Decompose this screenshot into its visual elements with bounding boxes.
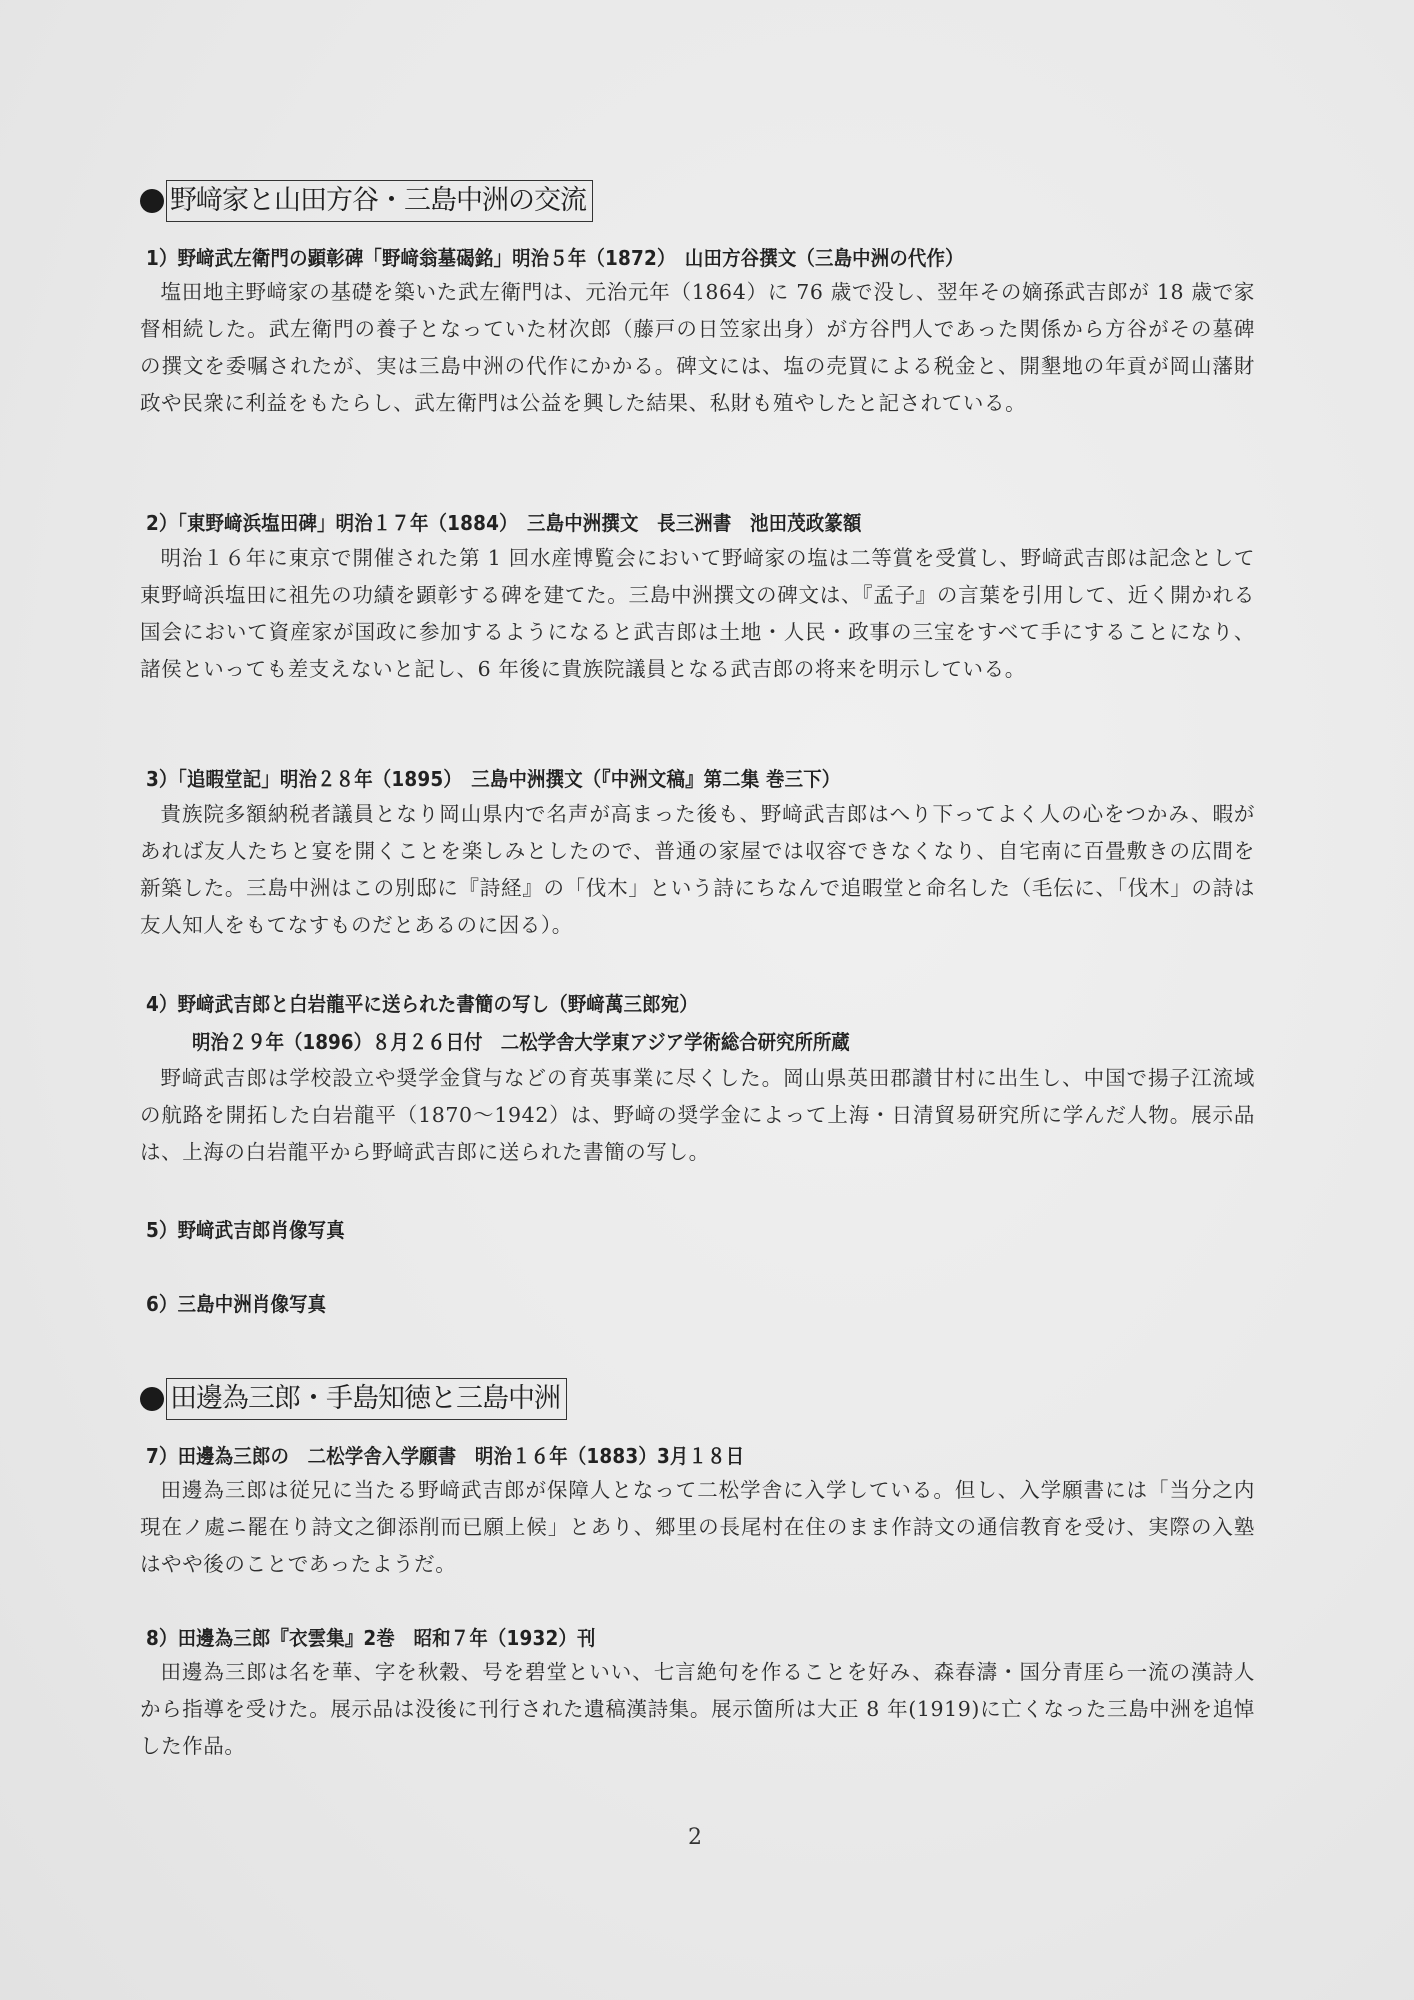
- item-3-title: 3）「追暇堂記」明治２８年（1895） 三島中洲撰文（『中洲文稿』第二集 巻三下…: [146, 763, 840, 792]
- item-2-body: 明治１６年に東京で開催された第 1 回水産博覧会において野﨑家の塩は二等賞を受賞…: [140, 540, 1255, 688]
- item-4-title: 4）野﨑武吉郎と白岩龍平に送られた書簡の写し（野﨑萬三郎宛）: [146, 988, 698, 1017]
- page-number: 2: [688, 1825, 702, 1850]
- item-6-title: 6）三島中洲肖像写真: [146, 1288, 326, 1317]
- item-1-body: 塩田地主野﨑家の基礎を築いた武左衛門は、元治元年（1864）に 76 歳で没し、…: [140, 274, 1255, 422]
- item-3-body: 貴族院多額納税者議員となり岡山県内で名声が高まった後も、野﨑武吉郎はへり下ってよ…: [140, 796, 1255, 944]
- document-page: 野﨑家と山田方谷・三島中洲の交流 1）野﨑武左衛門の顕彰碑「野﨑翁墓碣銘」明治５…: [0, 0, 1414, 2000]
- item-1-title: 1）野﨑武左衛門の顕彰碑「野﨑翁墓碣銘」明治５年（1872） 山田方谷撰文（三島…: [146, 242, 964, 271]
- item-7-body: 田邊為三郎は従兄に当たる野﨑武吉郎が保障人となって二松学舎に入学している。但し、…: [140, 1472, 1255, 1583]
- item-8-title: 8）田邊為三郎『衣雲集』2巻 昭和７年（1932）刊: [146, 1622, 596, 1651]
- item-2-title: 2）「東野﨑浜塩田碑」明治１７年（1884） 三島中洲撰文 長三洲書 池田茂政篆…: [146, 507, 862, 536]
- item-7-title: 7）田邊為三郎の 二松学舎入学願書 明治１６年（1883）3月１８日: [146, 1440, 744, 1469]
- item-4-body: 野﨑武吉郎は学校設立や奨学金貸与などの育英事業に尽くした。岡山県英田郡讃甘村に出…: [140, 1060, 1255, 1171]
- section-heading-text: 田邊為三郎・手島知徳と三島中洲: [166, 1378, 567, 1420]
- bullet-icon: [140, 189, 164, 213]
- bullet-icon: [140, 1387, 164, 1411]
- item-8-body: 田邊為三郎は名を華、字を秋穀、号を碧堂といい、七言絶句を作ることを好み、森春濤・…: [140, 1654, 1255, 1765]
- item-4-subtitle: 明治２９年（1896）８月２６日付 二松学舎大学東アジア学術総合研究所所蔵: [192, 1026, 850, 1055]
- section-heading-text: 野﨑家と山田方谷・三島中洲の交流: [166, 180, 593, 222]
- item-5-title: 5）野﨑武吉郎肖像写真: [146, 1214, 345, 1243]
- section-heading-tanabe: 田邊為三郎・手島知徳と三島中洲: [140, 1378, 567, 1420]
- section-heading-nozaki: 野﨑家と山田方谷・三島中洲の交流: [140, 180, 593, 222]
